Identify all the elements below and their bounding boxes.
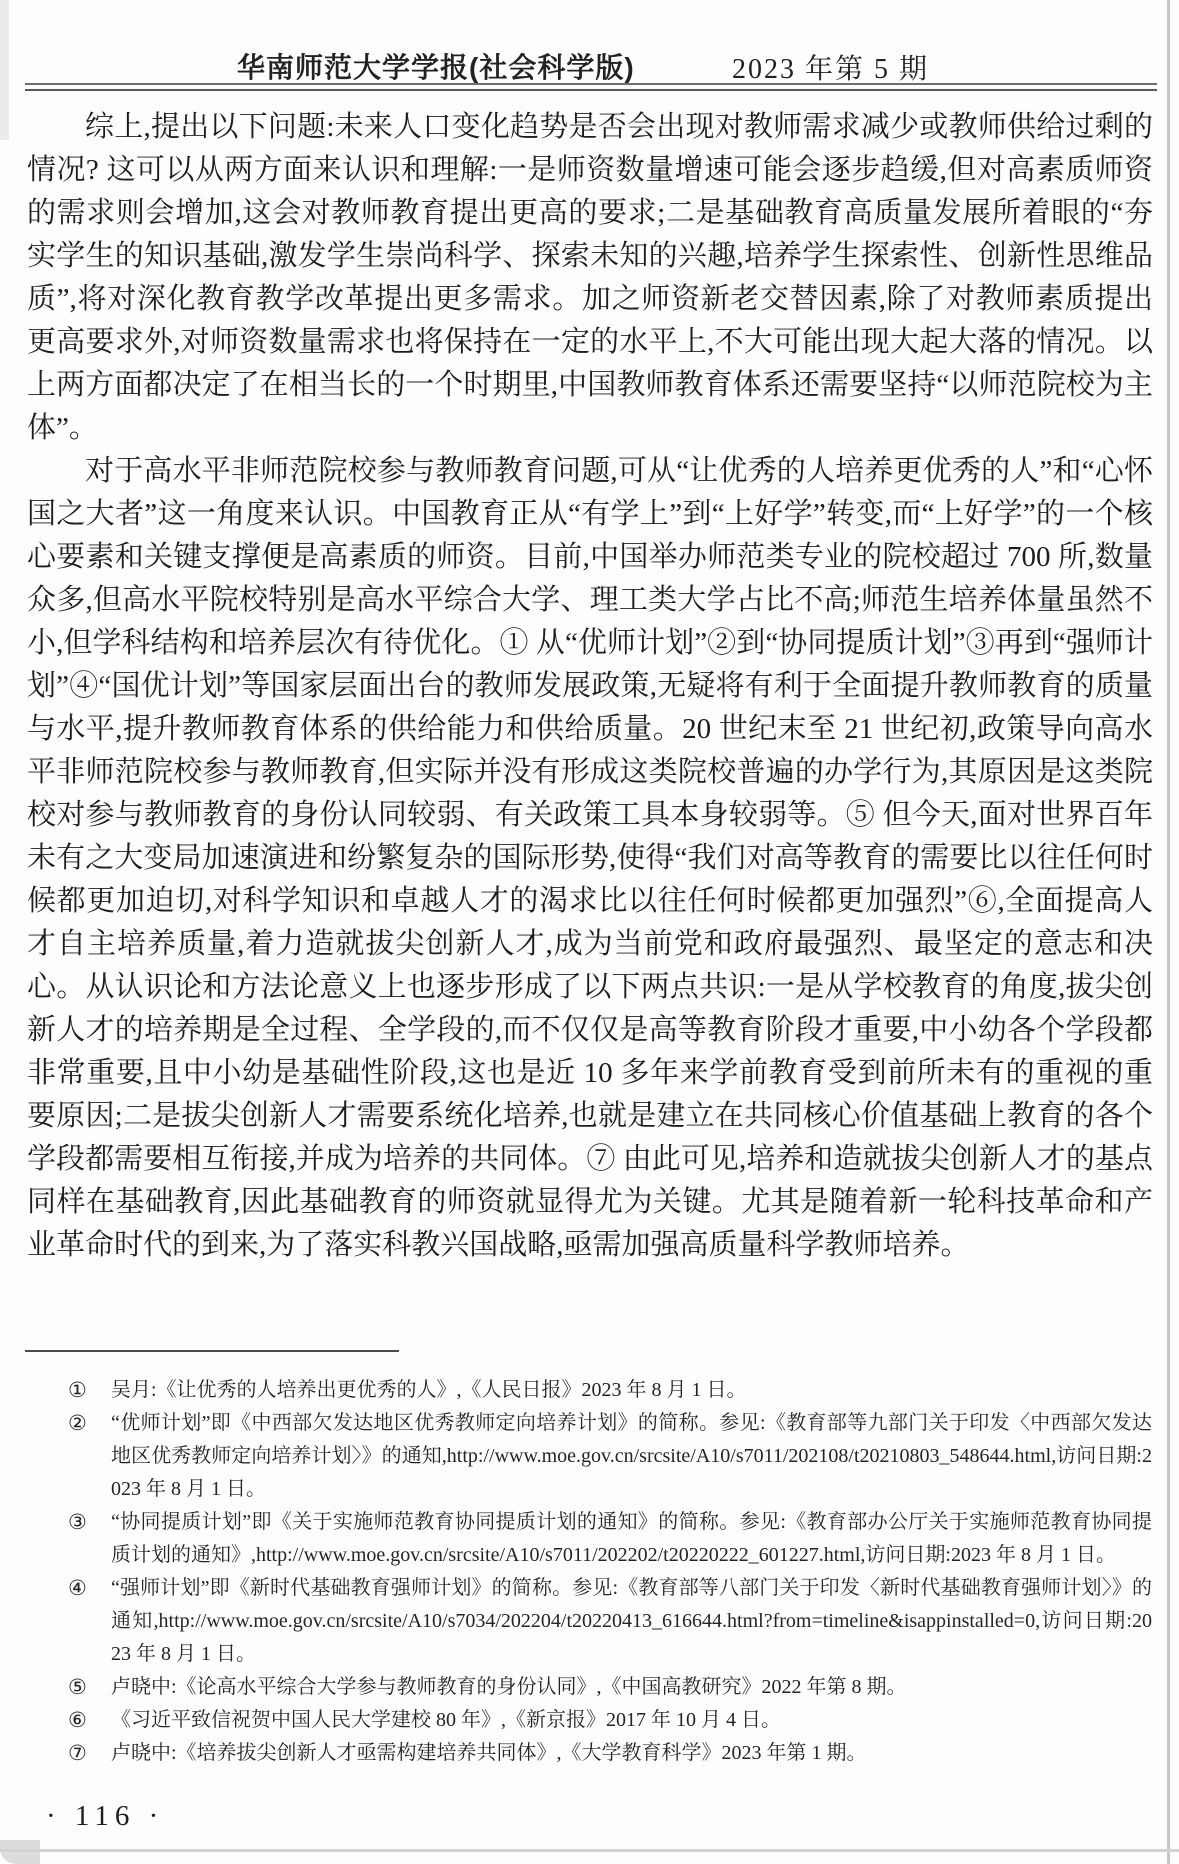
footnote-text: 吴月:《让优秀的人培养出更优秀的人》,《人民日报》2023 年 8 月 1 日。: [111, 1379, 747, 1401]
footnote-marker: ②: [68, 1407, 111, 1440]
footnote-item: ① 吴月:《让优秀的人培养出更优秀的人》,《人民日报》2023 年 8 月 1 …: [68, 1374, 1152, 1407]
footnote-marker: ④: [68, 1572, 111, 1605]
issue-label: 2023 年第 5 期: [732, 47, 929, 87]
scan-edge-right-artifact: [1167, 0, 1170, 1864]
paragraph-1: 综上,提出以下问题:未来人口变化趋势是否会出现对教师需求减少或教师供给过剩的情况…: [27, 106, 1153, 450]
scan-edge-left-artifact: [0, 0, 9, 140]
footnote-text: 卢晓中:《培养拔尖创新人才亟需构建培养共同体》,《大学教育科学》2023 年第 …: [111, 1742, 867, 1764]
footnote-marker: ⑥: [68, 1704, 111, 1737]
footnote-item: ④ “强师计划”即《新时代基础教育强师计划》的简称。参见:《教育部等八部门关于印…: [68, 1572, 1152, 1671]
page-number: · 116 ·: [46, 1800, 164, 1833]
journal-title: 华南师范大学学报(社会科学版): [237, 46, 635, 86]
footnotes-section: ① 吴月:《让优秀的人培养出更优秀的人》,《人民日报》2023 年 8 月 1 …: [68, 1374, 1152, 1770]
footnote-item: ⑤ 卢晓中:《论高水平综合大学参与教师教育的身份认同》,《中国高教研究》2022…: [68, 1671, 1152, 1704]
footnote-text: 卢晓中:《论高水平综合大学参与教师教育的身份认同》,《中国高教研究》2022 年…: [111, 1676, 907, 1698]
scan-corner-artifact: [0, 1840, 40, 1864]
footnote-text: “协同提质计划”即《关于实施师范教育协同提质计划的通知》的简称。参见:《教育部办…: [111, 1511, 1152, 1566]
scan-edge-bottom-artifact: [0, 1849, 1179, 1852]
footnote-marker: ⑤: [68, 1671, 111, 1704]
paragraph-2: 对于高水平非师范院校参与教师教育问题,可从“让优秀的人培养更优秀的人”和“心怀国…: [27, 450, 1153, 1267]
footnote-separator: [25, 1350, 399, 1352]
footnote-text: 《习近平致信祝贺中国人民大学建校 80 年》,《新京报》2017 年 10 月 …: [111, 1709, 781, 1731]
journal-page: 华南师范大学学报(社会科学版) 2023 年第 5 期 综上,提出以下问题:未来…: [0, 0, 1179, 1864]
footnote-item: ③ “协同提质计划”即《关于实施师范教育协同提质计划的通知》的简称。参见:《教育…: [68, 1506, 1152, 1572]
header-double-rule: [25, 83, 1157, 91]
footnote-marker: ③: [68, 1506, 111, 1539]
footnote-text: “优师计划”即《中西部欠发达地区优秀教师定向培养计划》的简称。参见:《教育部等九…: [111, 1412, 1152, 1500]
article-body: 综上,提出以下问题:未来人口变化趋势是否会出现对教师需求减少或教师供给过剩的情况…: [27, 106, 1153, 1267]
footnote-item: ② “优师计划”即《中西部欠发达地区优秀教师定向培养计划》的简称。参见:《教育部…: [68, 1407, 1152, 1506]
footnote-marker: ①: [68, 1374, 111, 1407]
footnote-item: ⑦ 卢晓中:《培养拔尖创新人才亟需构建培养共同体》,《大学教育科学》2023 年…: [68, 1737, 1152, 1770]
footnote-item: ⑥ 《习近平致信祝贺中国人民大学建校 80 年》,《新京报》2017 年 10 …: [68, 1704, 1152, 1737]
footnote-text: “强师计划”即《新时代基础教育强师计划》的简称。参见:《教育部等八部门关于印发〈…: [111, 1577, 1152, 1665]
footnote-marker: ⑦: [68, 1737, 111, 1770]
